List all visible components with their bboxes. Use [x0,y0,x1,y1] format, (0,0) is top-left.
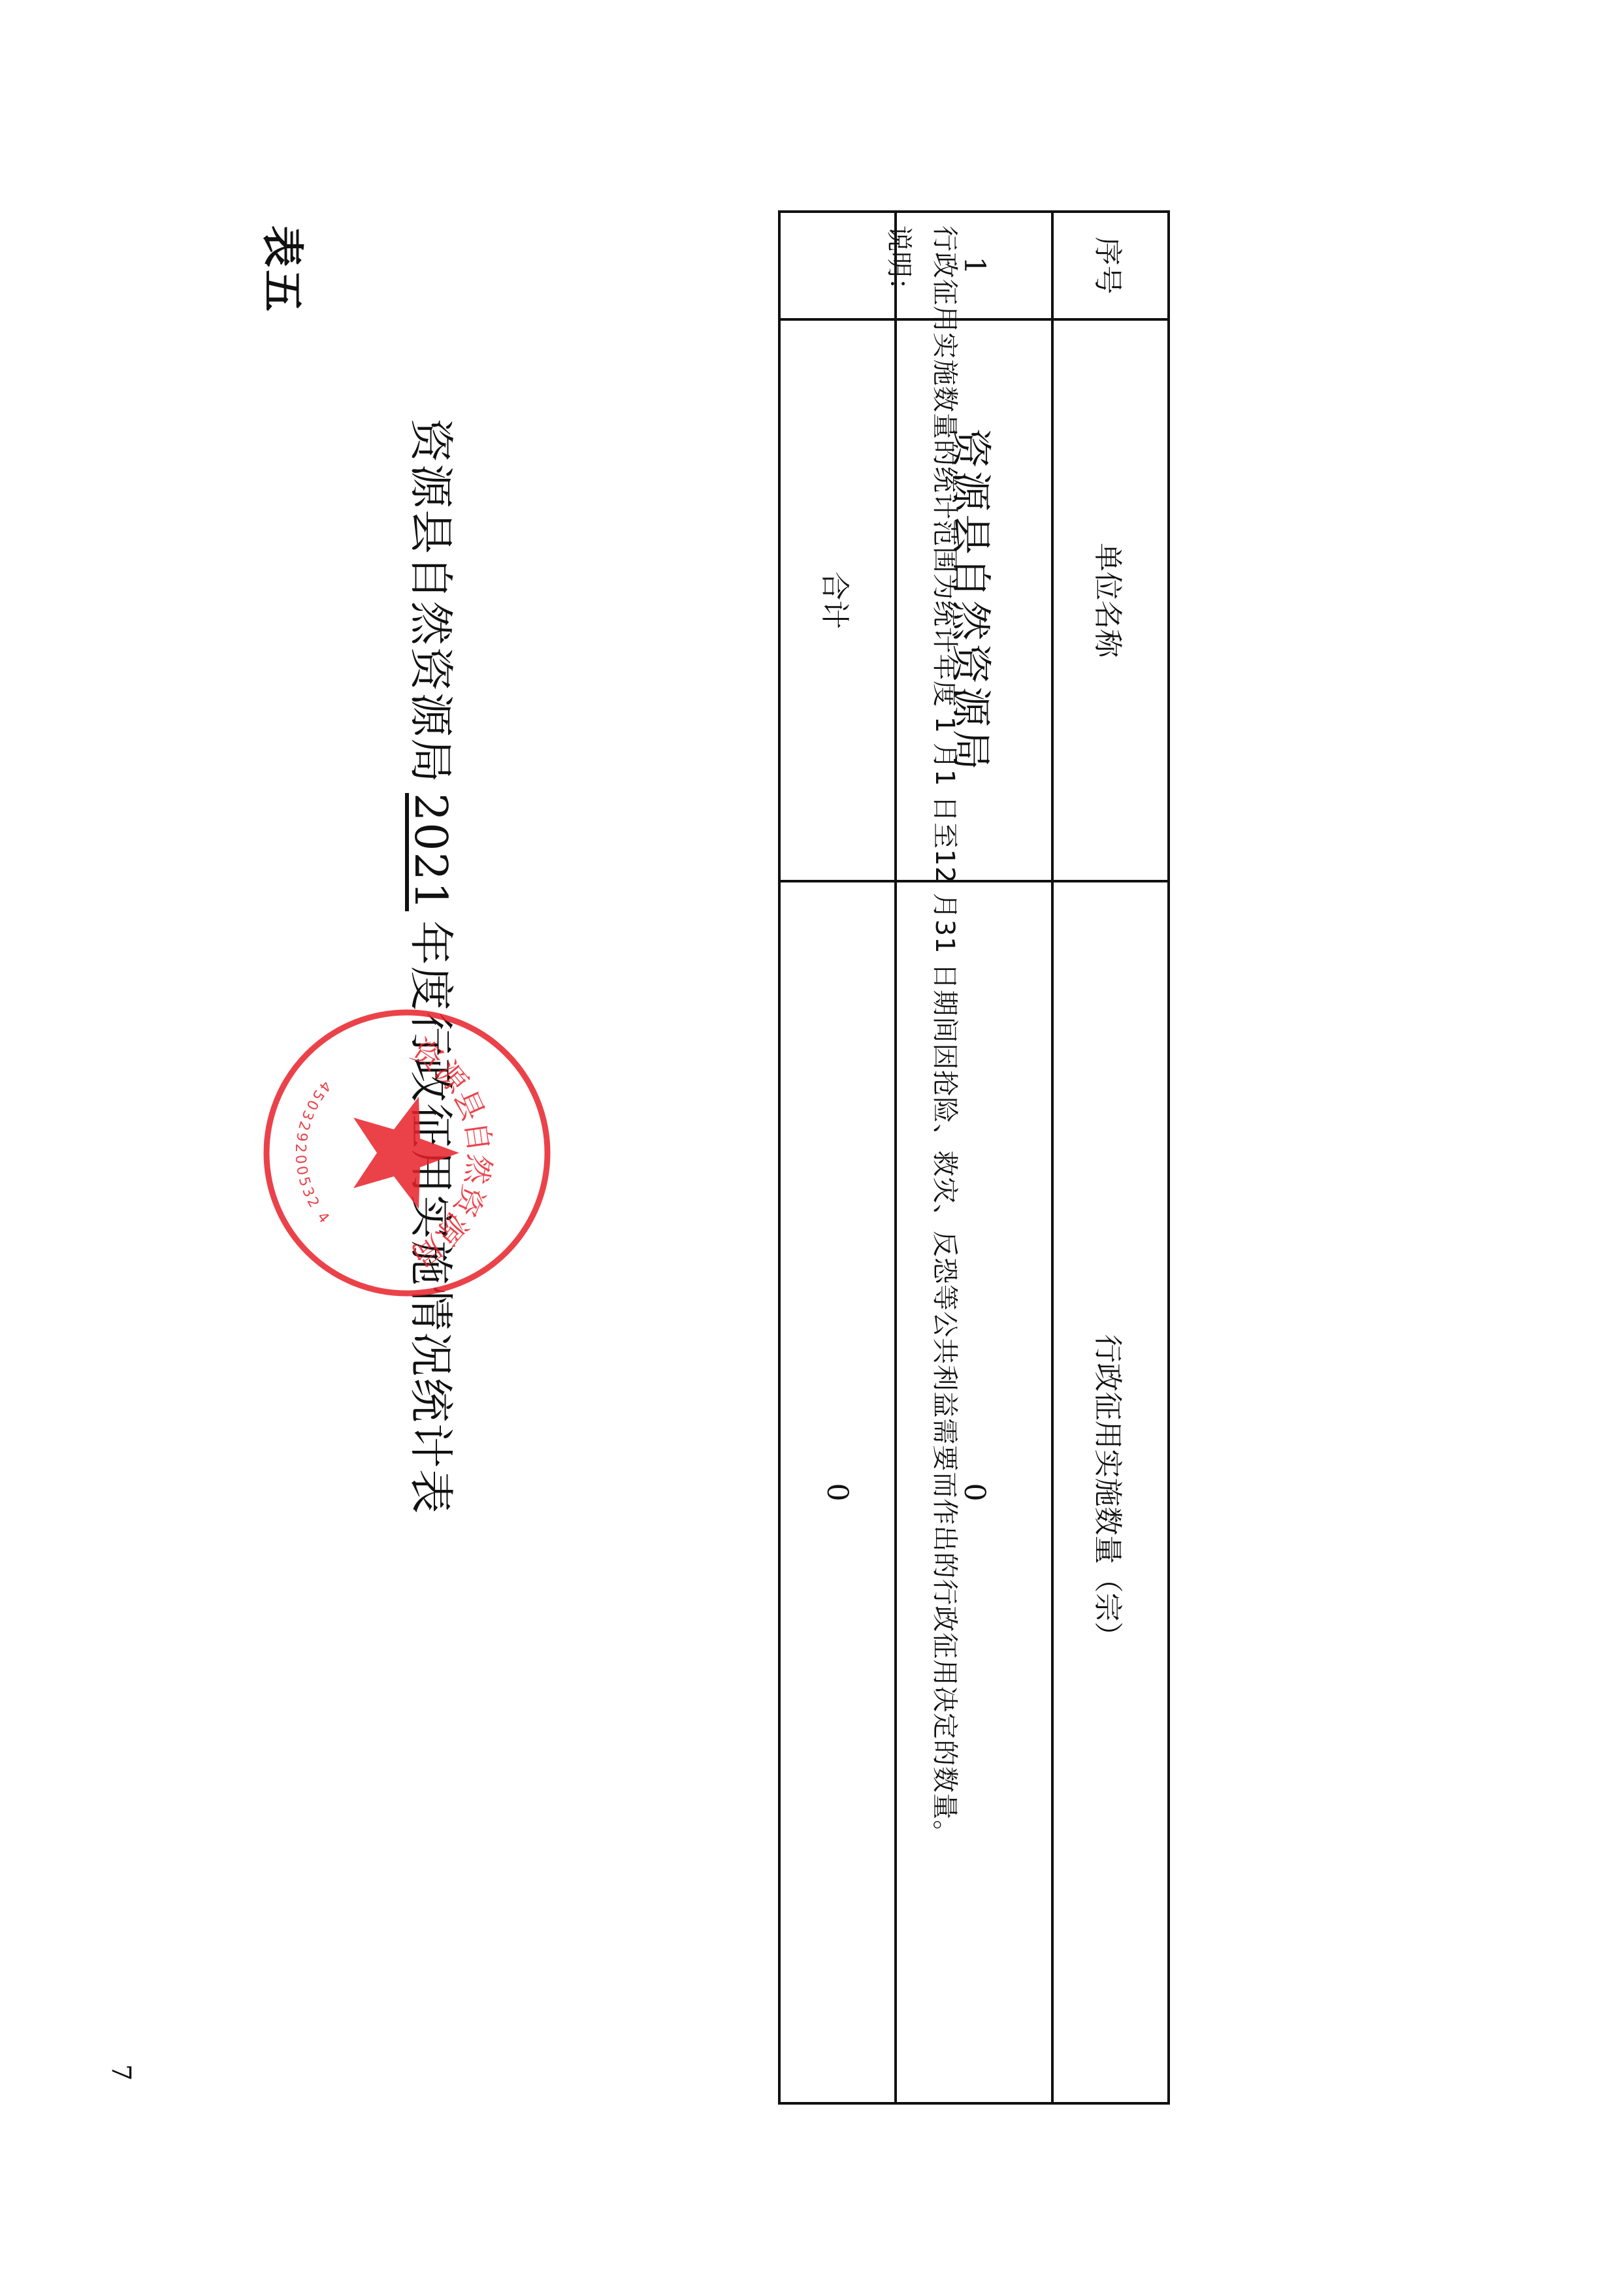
title-prefix: 资源县自然资源局 [404,418,456,784]
total-count: 0 [779,881,896,2103]
form-label: 表五 [255,225,316,314]
table-header-row: 序号 单位名称 行政征用实施数量（宗） [1052,212,1169,2103]
statistics-table: 序号 单位名称 行政征用实施数量（宗） 1 资源县自然资源局 0 合计 0 [778,210,1170,2105]
page-title: 资源县自然资源局2021年度行政征用实施情况统计表 [402,418,466,1515]
title-year: 2021 [404,784,456,920]
header-count: 行政征用实施数量（宗） [1052,881,1169,2103]
total-label: 合计 [779,319,896,881]
svg-text:450329200532 4: 450329200532 4 [292,1077,334,1228]
table-total-row: 合计 0 [779,212,896,2103]
header-index: 序号 [1052,212,1169,319]
total-index [779,212,896,319]
table-row: 1 资源县自然资源局 0 [896,212,1053,2103]
note-text: 行政征用实施数量的统计范围为统计年度 1 月1 日至12 月31 日期间因抢险、… [928,225,965,1847]
page-number: 7 [106,2064,136,2080]
row-unit: 资源县自然资源局 [896,319,1053,881]
header-unit: 单位名称 [1052,319,1169,881]
seal-code: 450329200532 4 [292,1077,334,1228]
note-label: 说明： [883,225,920,304]
document-page: 表五 资源县自然资源局2021年度行政征用实施情况统计表 序号 单位名称 行政征… [0,0,1622,2296]
official-seal-icon: 资源县自然资源局 450329200532 4 [257,1003,557,1303]
row-count: 0 [896,881,1053,2103]
